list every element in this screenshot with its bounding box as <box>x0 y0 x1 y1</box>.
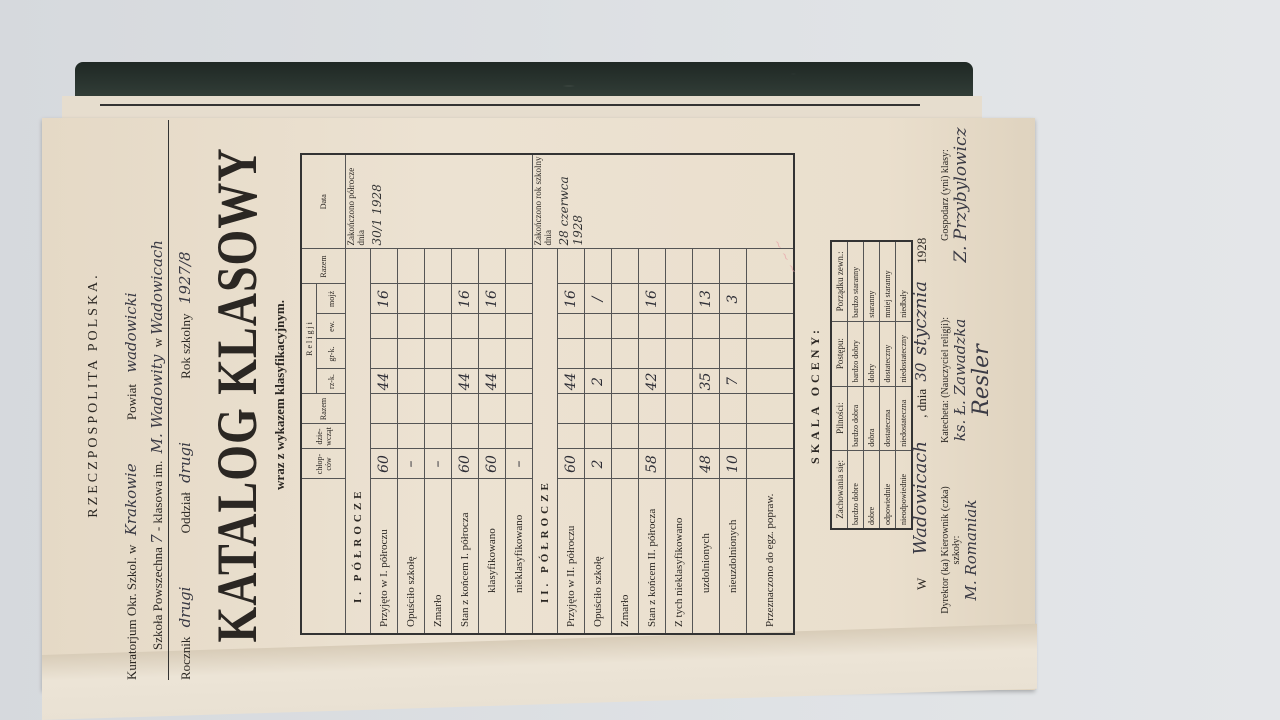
cell-chlopcow: 60 <box>371 449 398 479</box>
school-location-label: w <box>150 338 165 347</box>
cell-rz-k: 35 <box>693 369 720 394</box>
header-mojz: mojż <box>317 284 346 314</box>
cell-rz-k <box>747 369 795 394</box>
day-value: 30 <box>912 363 930 382</box>
table-header-row: chłop-ców dzie-wcząt Razem R e l i g j i… <box>301 154 317 634</box>
cell-rz-k <box>506 369 533 394</box>
row-label: Opuściło szkołę <box>585 479 612 634</box>
row-label: Przyjęto w II. półroczu <box>558 479 585 634</box>
header-rz-k: rz-k. <box>317 369 346 394</box>
rotated-document: RZECZPOSPOLITA POLSKA. Kuratorjum Okr. S… <box>60 100 1030 690</box>
cell-chlopcow: 60 <box>452 449 479 479</box>
section-1-closing: Zakończono półrocze dnia 30/1 1928 <box>346 154 533 249</box>
skala-cell: bardzo dobre <box>848 450 864 529</box>
skala-row: bardzo dobre bardzo dobra bardzo dobry b… <box>848 241 864 529</box>
cell-rz-k <box>612 369 639 394</box>
skala-header: Zachowania się: <box>831 450 848 529</box>
skala-cell: dobry <box>864 321 880 386</box>
page-title: KATALOG KLASOWY <box>203 100 269 690</box>
classification-table: chłop-ców dzie-wcząt Razem R e l i g j i… <box>300 153 795 635</box>
oddzial-label: Oddział <box>178 492 193 533</box>
row-label: klasyfikowano <box>479 479 506 634</box>
section-1-closing-label: Zakończono półrocze dnia <box>346 168 366 246</box>
row-label: Stan z końcem II. półrocza <box>639 479 666 634</box>
cell-chlopcow: 58 <box>639 449 666 479</box>
director-signature: M. Romaniak <box>962 480 980 620</box>
cell-chlopcow: 60 <box>558 449 585 479</box>
place-label: W <box>914 578 929 590</box>
kuratorium-label: Kuratorjum Okr. Szkol. w <box>124 545 139 680</box>
skala-cell: dostateczna <box>880 386 896 450</box>
cell-chlopcow: 2 <box>585 449 612 479</box>
section-2-closing-date: 28 czerwca 1928 <box>557 155 585 246</box>
cell-chlopcow <box>612 449 639 479</box>
skala-cell: dobra <box>864 386 880 450</box>
row-label: Zmarło <box>612 479 639 634</box>
skala-header: Postępu: <box>831 321 848 386</box>
cell-mojz: 3 <box>720 284 747 314</box>
header-razem-2: Razem <box>301 249 346 284</box>
school-patron: M. Wadowity <box>148 355 166 454</box>
skala-cell: bardzo staranny <box>848 241 864 321</box>
header-razem: Razem <box>301 394 346 424</box>
rocznik-value: drugi <box>176 587 194 628</box>
row-label: Przeznaczono do egz. popraw. <box>747 479 795 634</box>
skala-cell: staranny <box>864 241 880 321</box>
month-value: stycznia <box>910 281 931 355</box>
director-label: Dyrektor (ka) Kierownik (czka) szkoły: <box>940 480 962 620</box>
cell-mojz <box>747 284 795 314</box>
cell-mojz <box>612 284 639 314</box>
header-gr-k: gr-k. <box>317 339 346 369</box>
skala-cell: bardzo dobry <box>848 321 864 386</box>
kuratorium-value: Krakowie <box>122 463 140 535</box>
cell-mojz <box>506 284 533 314</box>
skala-cell: odpowiednie <box>880 450 896 529</box>
second-religion-signature: Resler <box>969 310 994 450</box>
cell-chlopcow: 60 <box>479 449 506 479</box>
oddzial-value: drugi <box>176 442 194 483</box>
skala-title: SKALA OCENY: <box>808 100 823 690</box>
school-label: Szkoła Powszechna <box>150 547 165 650</box>
cell-mojz: 16 <box>452 284 479 314</box>
header-blank <box>301 479 346 634</box>
skala-cell: mniej staranny <box>880 241 896 321</box>
header-rule <box>168 120 169 680</box>
skala-header: Pilności: <box>831 386 848 450</box>
cell-mojz <box>398 284 425 314</box>
cell-mojz: 16 <box>371 284 398 314</box>
header-chlopcow: chłop-ców <box>301 449 346 479</box>
cell-chlopcow: 10 <box>720 449 747 479</box>
header-ew: ew. <box>317 314 346 339</box>
header-religii: R e l i g j i <box>301 284 317 394</box>
host-signature: Z. Przybylowicz <box>951 120 971 270</box>
cell-rz-k: 44 <box>452 369 479 394</box>
national-header: RZECZPOSPOLITA POLSKA. <box>86 100 102 690</box>
row-label: Zmarło <box>425 479 452 634</box>
skala-cell: bardzo dobra <box>848 386 864 450</box>
row-label: Z tych nieklasyfikowano <box>666 479 693 634</box>
school-location: Wadowicach <box>148 240 166 335</box>
dnia-label: , dnia <box>914 389 929 418</box>
row-label: Przyjęto w I. półroczu <box>371 479 398 634</box>
row-label: nieklasyfikowano <box>506 479 533 634</box>
section-1-closing-date: 30/1 1928 <box>370 155 384 246</box>
year-value: 1928 <box>914 238 929 264</box>
skala-cell: dobre <box>864 450 880 529</box>
cell-rz-k: 44 <box>371 369 398 394</box>
rok-label: Rok szkolny <box>178 313 193 378</box>
cell-rz-k <box>398 369 425 394</box>
cell-rz-k: 7 <box>720 369 747 394</box>
catechist-signature: ks. Ł. Zawadzka <box>951 310 969 450</box>
cell-rz-k: 44 <box>558 369 585 394</box>
section-2-title: II. PÓŁROCZE <box>533 249 558 634</box>
director-block: Dyrektor (ka) Kierownik (czka) szkoły: M… <box>940 480 980 620</box>
school-type-label: - klasowa im. <box>150 461 165 531</box>
powiat-value: wadowicki <box>122 292 140 372</box>
host-block: Gospodarz (yni) klasy: Z. Przybylowicz <box>940 120 971 270</box>
skala-header: Porządku zewn.: <box>831 241 848 321</box>
skala-row: odpowiednie dostateczna dostateczny mnie… <box>880 241 896 529</box>
row-label: Opuściło szkołę <box>398 479 425 634</box>
skala-cell: dostateczny <box>880 321 896 386</box>
catechist-block: Katecheta: (Nauczyciel religji): ks. Ł. … <box>940 310 994 450</box>
skala-header-row: Zachowania się: Pilności: Postępu: Porzą… <box>831 241 848 529</box>
powiat-label: Powiat <box>124 384 139 420</box>
host-label: Gospodarz (yni) klasy: <box>940 120 951 270</box>
rocznik-line: Rocznik drugi Oddział drugi Rok szkolny … <box>176 251 194 680</box>
place-date-line: W Wadowicach , dnia 30 stycznia 1928 <box>910 238 931 590</box>
header-dziewczat: dzie-wcząt <box>301 424 346 449</box>
cell-rz-k <box>425 369 452 394</box>
rok-value: 1927/8 <box>176 251 194 304</box>
place-value: Wadowicach <box>910 441 931 555</box>
cell-mojz <box>666 284 693 314</box>
school-grades: 7 <box>148 534 166 544</box>
cell-chlopcow <box>666 449 693 479</box>
kuratorium-line: Kuratorjum Okr. Szkol. w Krakowie Powiat… <box>122 292 140 680</box>
row-label: uzdolnionych <box>693 479 720 634</box>
cell-mojz: 16 <box>558 284 585 314</box>
cell-mojz <box>425 284 452 314</box>
cell-chlopcow: – <box>425 449 452 479</box>
cell-rz-k: 42 <box>639 369 666 394</box>
cell-mojz: 16 <box>479 284 506 314</box>
section-2-header: II. PÓŁROCZE Zakończono rok szkolny dnia… <box>533 154 558 634</box>
grading-scale-table: Zachowania się: Pilności: Postępu: Porzą… <box>830 240 913 530</box>
cell-mojz: / <box>585 284 612 314</box>
cell-rz-k <box>666 369 693 394</box>
school-line: Szkoła Powszechna 7 - klasowa im. M. Wad… <box>148 240 166 650</box>
cell-chlopcow: 48 <box>693 449 720 479</box>
cell-rz-k: 44 <box>479 369 506 394</box>
row-label: nieuzdolnionych <box>720 479 747 634</box>
rocznik-label: Rocznik <box>178 637 193 680</box>
cell-mojz: 16 <box>639 284 666 314</box>
catechist-label: Katecheta: (Nauczyciel religji): <box>940 310 951 450</box>
row-label: Stan z końcem I. półrocza <box>452 479 479 634</box>
section-1-title: I. PÓŁROCZE <box>346 249 371 634</box>
cell-chlopcow: – <box>506 449 533 479</box>
cell-rz-k: 2 <box>585 369 612 394</box>
section-2-closing-label: Zakończono rok szkolny dnia <box>533 156 553 245</box>
cell-chlopcow: – <box>398 449 425 479</box>
section-1-header: I. PÓŁROCZE Zakończono półrocze dnia 30/… <box>346 154 371 634</box>
header-data: Data <box>301 154 346 249</box>
skala-row: dobre dobra dobry staranny <box>864 241 880 529</box>
page-subtitle: wraz z wykazem klasyfikacyjnym. <box>272 100 288 690</box>
cell-mojz: 13 <box>693 284 720 314</box>
cell-chlopcow <box>747 449 795 479</box>
